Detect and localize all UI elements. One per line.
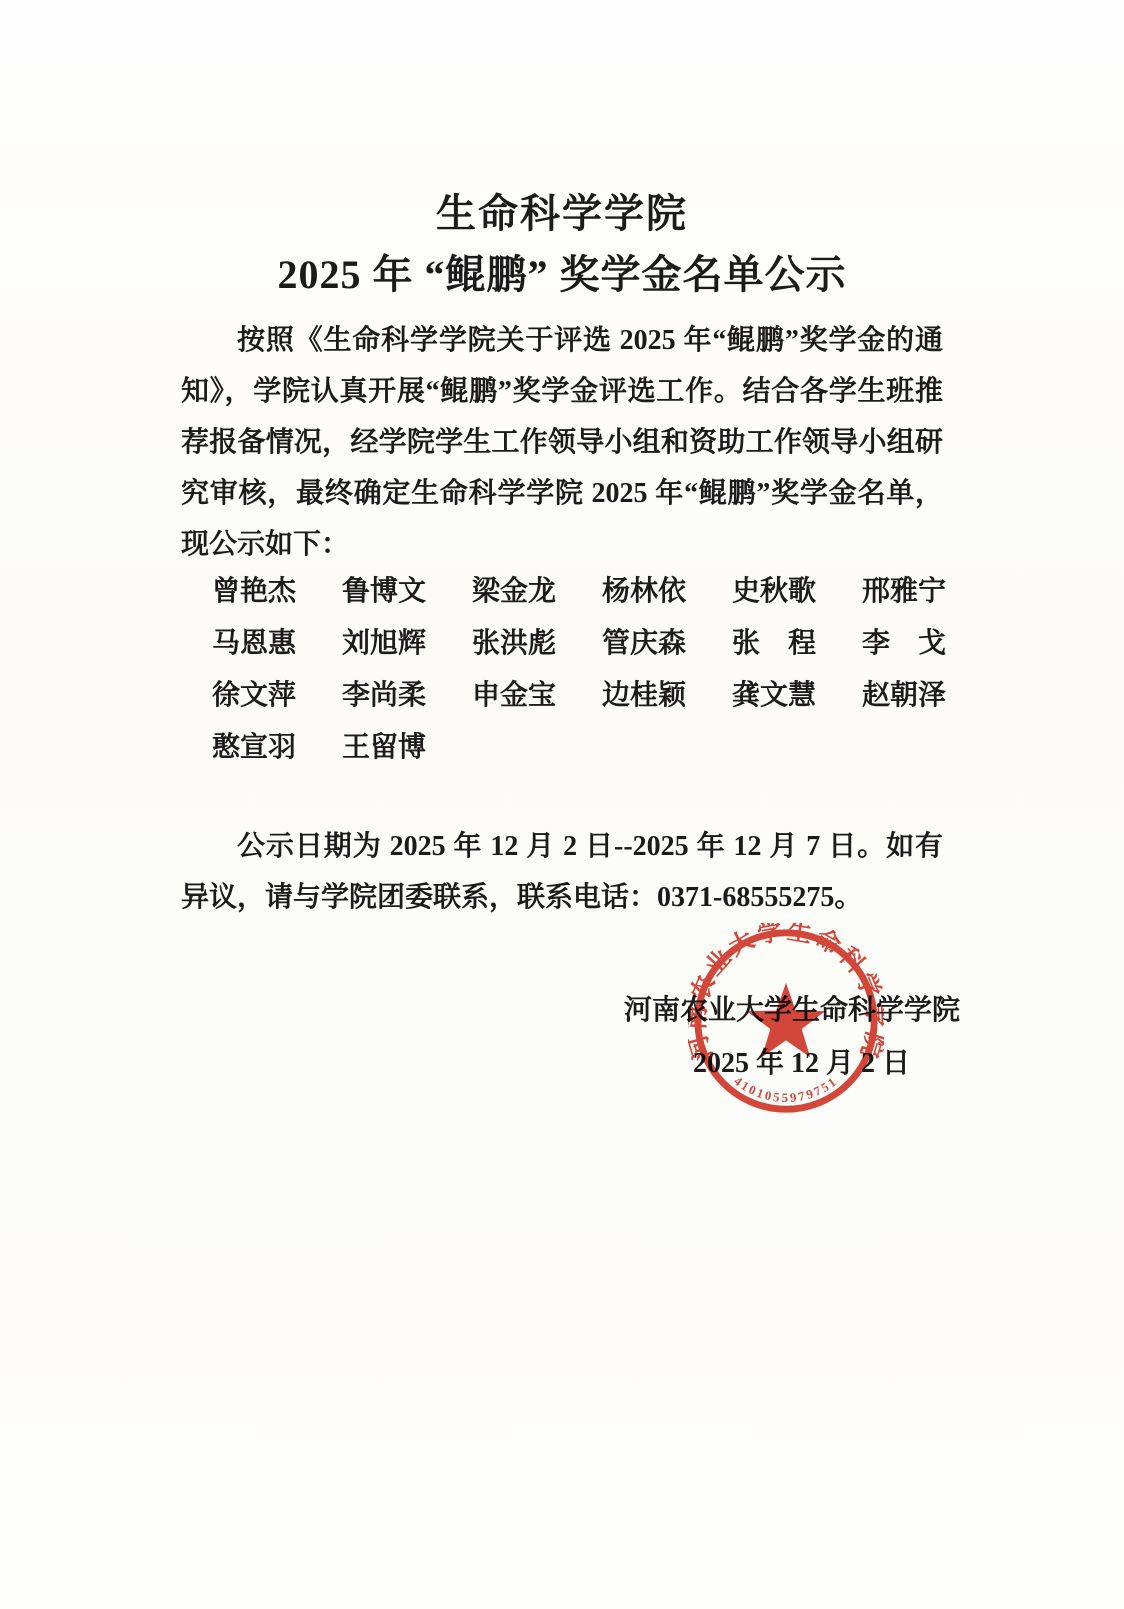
scholar-name: 赵朝泽 (862, 670, 946, 722)
scholar-name-list: 曾艳杰 鲁博文 梁金龙 杨林依 史秋歌 邢雅宁 马恩惠 刘旭辉 张洪彪 管庆森 … (212, 566, 992, 774)
scholar-name: 张洪彪 (472, 618, 556, 670)
scholar-name: 边桂颖 (602, 670, 686, 722)
scholar-name: 杨林依 (602, 566, 686, 618)
scholar-name: 憨宣羽 (212, 722, 296, 774)
signature-unit: 河南农业大学生命科学学院 (0, 984, 1124, 1037)
scholar-name: 李 戈 (862, 618, 946, 670)
official-seal-graphic: 河南农业大学生命科学学院 4101055979751 (688, 923, 884, 1119)
document-page: 生命科学学院 2025 年 “鲲鹏” 奖学金名单公示 按照《生命科学学院关于评选… (0, 0, 1124, 1609)
scholar-name: 曾艳杰 (212, 566, 296, 618)
scholar-name: 王留博 (342, 722, 426, 774)
scholar-name: 史秋歌 (732, 566, 816, 618)
name-row: 曾艳杰 鲁博文 梁金龙 杨林依 史秋歌 邢雅宁 (212, 566, 992, 618)
signature-date: 2025 年 12 月 2 日 (0, 1037, 1124, 1090)
scholar-name: 管庆森 (602, 618, 686, 670)
scholar-name: 徐文萍 (212, 670, 296, 722)
seal-star-icon (747, 983, 825, 1057)
name-row: 马恩惠 刘旭辉 张洪彪 管庆森 张 程 李 戈 (212, 618, 992, 670)
official-seal: 河南农业大学生命科学学院 4101055979751 (688, 923, 884, 1119)
scholar-name: 马恩惠 (212, 618, 296, 670)
scholar-name: 龚文慧 (732, 670, 816, 722)
body-paragraph: 按照《生命科学学院关于评选 2025 年“鲲鹏”奖学金的通知》，学院认真开展“鲲… (181, 315, 943, 570)
scholar-name: 李尚柔 (342, 670, 426, 722)
scholar-name: 梁金龙 (472, 566, 556, 618)
scholar-name: 邢雅宁 (862, 566, 946, 618)
scholar-name: 鲁博文 (342, 566, 426, 618)
document-title: 生命科学学院 2025 年 “鲲鹏” 奖学金名单公示 (0, 188, 1124, 300)
title-college-name: 生命科学学院 (0, 188, 1124, 240)
name-row: 徐文萍 李尚柔 申金宝 边桂颖 龚文慧 赵朝泽 (212, 670, 992, 722)
title-announcement: 2025 年 “鲲鹏” 奖学金名单公示 (0, 250, 1124, 300)
scholar-name: 刘旭辉 (342, 618, 426, 670)
scholar-name: 张 程 (732, 618, 816, 670)
name-row: 憨宣羽 王留博 (212, 722, 992, 774)
closing-block: 河南农业大学生命科学学院 2025 年 12 月 2 日 (0, 984, 1124, 1090)
scholar-name: 申金宝 (472, 670, 556, 722)
publicity-period-paragraph: 公示日期为 2025 年 12 月 2 日--2025 年 12 月 7 日。如… (181, 821, 943, 923)
